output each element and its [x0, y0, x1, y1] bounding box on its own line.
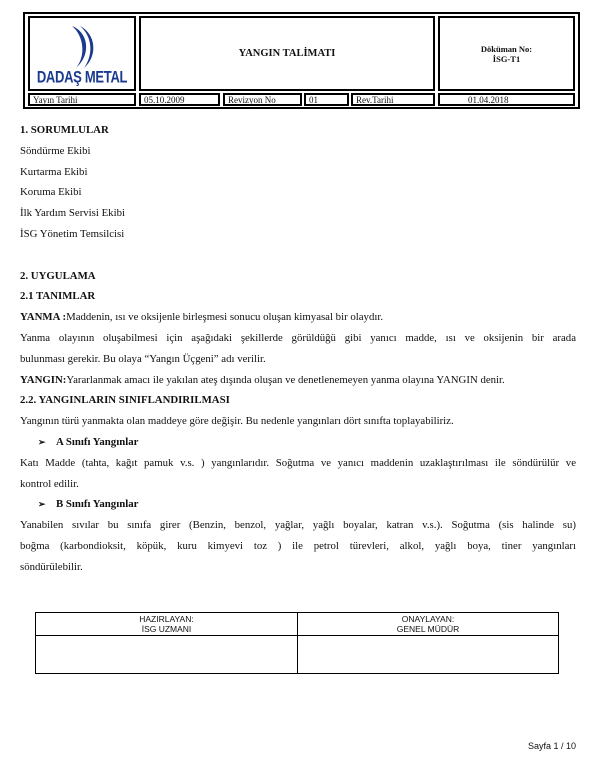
bullet-class-b: ➢B Sınıfı Yangınlar: [20, 494, 576, 515]
doc-no-label: Döküman No:: [481, 44, 532, 54]
arrow-bullet-icon: ➢: [38, 494, 56, 515]
paragraph-line: bulunması gerekir. Bu olaya “Yangın Üçge…: [20, 349, 576, 370]
paragraph-line: boğma (karbondioksit, köpük, kuru kimyev…: [20, 536, 576, 557]
paragraph-line: Yanabilen sıvılar bu sınıfa girer (Benzi…: [20, 515, 576, 536]
approved-by-label: ONAYLAYAN:: [298, 614, 558, 624]
list-item: Kurtarma Ekibi: [20, 162, 576, 183]
paragraph-line: söndürülebilir.: [20, 557, 576, 578]
page-number: Sayfa 1 / 10: [528, 741, 576, 751]
logo-cell: DADAŞ METAL: [28, 16, 136, 91]
doc-no-value: İSG-T1: [493, 54, 520, 64]
publish-date-value: 05.10.2009: [139, 93, 220, 106]
section-heading-sorumlular: 1. SORUMLULAR: [20, 120, 576, 141]
paragraph-line: Katı Madde (tahta, kağıt pamuk v.s. ) ya…: [20, 453, 576, 474]
document-body: 1. SORUMLULAR Söndürme Ekibi Kurtarma Ek…: [20, 120, 576, 578]
approved-by-column: ONAYLAYAN: GENEL MÜDÜR: [298, 613, 558, 673]
revision-value: 01: [304, 93, 349, 106]
document-header: DADAŞ METAL YANGIN TALİMATI Döküman No: …: [23, 12, 580, 109]
yanma-definition: YANMA :Maddenin, ısı ve oksijenle birleş…: [20, 307, 576, 328]
document-title: YANGIN TALİMATI: [139, 16, 435, 91]
paragraph-line: Yanma olayının oluşabilmesi için aşağıda…: [20, 328, 576, 349]
approved-by-role: GENEL MÜDÜR: [298, 624, 558, 634]
arrow-bullet-icon: ➢: [38, 432, 56, 453]
prepared-by-label: HAZIRLAYAN:: [36, 614, 297, 624]
document-number: Döküman No: İSG-T1: [438, 16, 575, 91]
list-item: Koruma Ekibi: [20, 182, 576, 203]
signature-table: HAZIRLAYAN: İSG UZMANI ONAYLAYAN: GENEL …: [35, 612, 559, 674]
crescent-logo-icon: [66, 24, 102, 70]
list-item: İSG Yönetim Temsilcisi: [20, 224, 576, 245]
prepared-by-column: HAZIRLAYAN: İSG UZMANI: [36, 613, 298, 673]
subheading-tanimlar: 2.1 TANIMLAR: [20, 286, 576, 307]
list-item: Söndürme Ekibi: [20, 141, 576, 162]
prepared-by-role: İSG UZMANI: [36, 624, 297, 634]
section-heading-uygulama: 2. UYGULAMA: [20, 266, 576, 287]
rev-date-label: Rev.Tarihi: [351, 93, 435, 106]
rev-date-value: 01.04.2018: [438, 93, 575, 106]
subheading-siniflandirma: 2.2. YANGINLARIN SINIFLANDIRILMASI: [20, 390, 576, 411]
logo-text: DADAŞ METAL: [30, 67, 134, 86]
yangin-definition: YANGIN:Yararlanmak amacı ile yakılan ate…: [20, 370, 576, 391]
list-item: İlk Yardım Servisi Ekibi: [20, 203, 576, 224]
company-logo: DADAŞ METAL: [30, 18, 134, 89]
publish-date-label: Yayın Tarihi: [28, 93, 136, 106]
yangin-term: YANGIN:: [20, 374, 66, 386]
yanma-term: YANMA :: [20, 311, 66, 323]
revision-label: Revizyon No: [223, 93, 302, 106]
paragraph-line: Yangının türü yanmakta olan maddeye göre…: [20, 411, 576, 432]
bullet-class-a: ➢A Sınıfı Yangınlar: [20, 432, 576, 453]
paragraph-line: kontrol edilir.: [20, 474, 576, 495]
